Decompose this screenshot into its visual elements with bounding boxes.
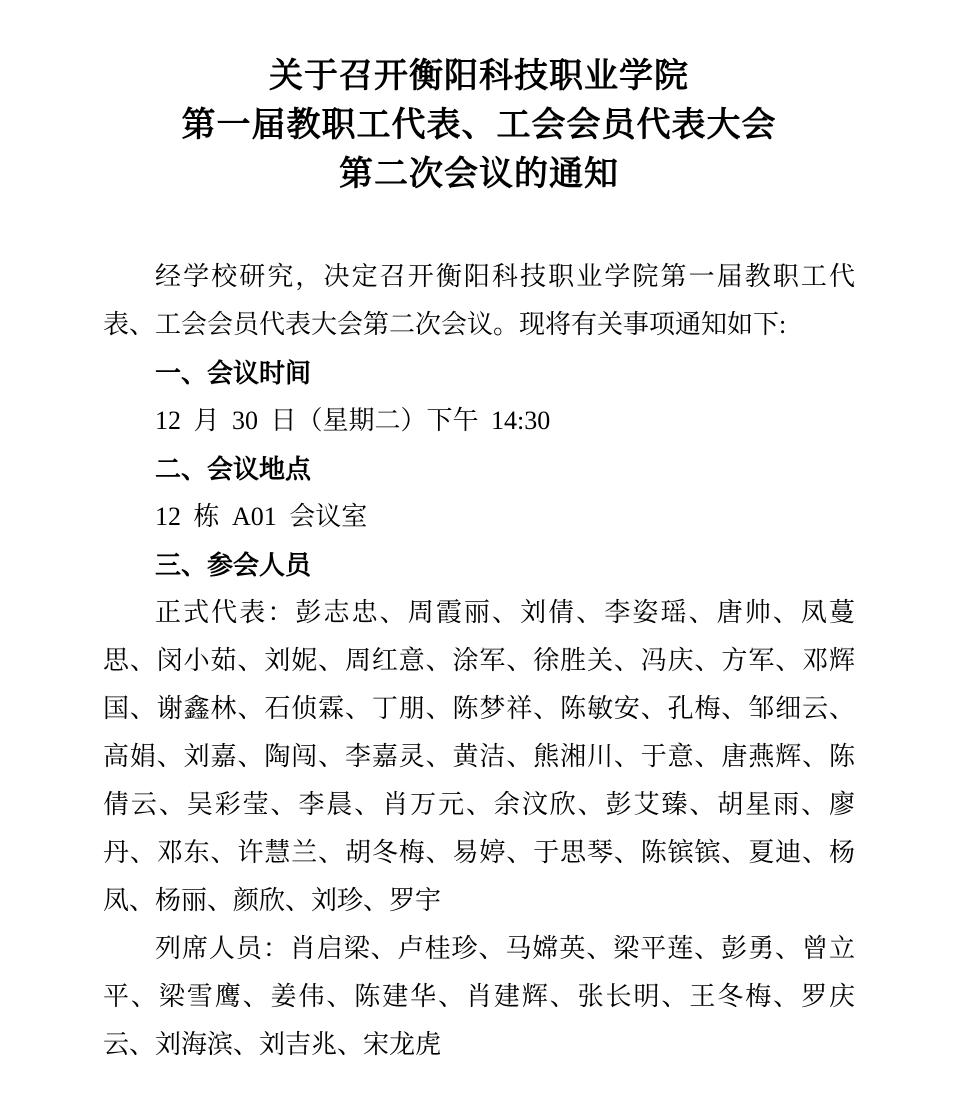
document-title: 关于召开衡阳科技职业学院 第一届教职工代表、工会会员代表大会 第二次会议的通知 xyxy=(103,52,855,199)
section-heading-participants: 三、参会人员 xyxy=(103,541,855,589)
document-page: 关于召开衡阳科技职业学院 第一届教职工代表、工会会员代表大会 第二次会议的通知 … xyxy=(0,0,955,1111)
observers-label: 列席人员： xyxy=(155,934,290,963)
title-line-1: 关于召开衡阳科技职业学院 xyxy=(103,52,855,101)
section-heading-meeting-place: 二、会议地点 xyxy=(103,445,855,493)
delegates-names: 彭志忠、周霞丽、刘倩、李姿瑶、唐帅、凤蔓思、闵小茹、刘妮、周红意、涂军、徐胜关、… xyxy=(103,598,855,915)
delegates-label: 正式代表： xyxy=(155,598,295,627)
intro-paragraph: 经学校研究，决定召开衡阳科技职业学院第一届教职工代表、工会会员代表大会第二次会议… xyxy=(103,253,855,349)
title-line-2: 第一届教职工代表、工会会员代表大会 xyxy=(103,101,855,150)
section-heading-meeting-time: 一、会议时间 xyxy=(103,349,855,397)
delegates-paragraph: 正式代表：彭志忠、周霞丽、刘倩、李姿瑶、唐帅、凤蔓思、闵小茹、刘妮、周红意、涂军… xyxy=(103,589,855,925)
observers-paragraph: 列席人员：肖启梁、卢桂珍、马嫦英、梁平莲、彭勇、曾立平、梁雪鹰、姜伟、陈建华、肖… xyxy=(103,925,855,1069)
meeting-place-value: 12 栋 A01 会议室 xyxy=(103,493,855,541)
meeting-time-value: 12 月 30 日（星期二）下午 14:30 xyxy=(103,397,855,445)
title-line-3: 第二次会议的通知 xyxy=(103,150,855,199)
